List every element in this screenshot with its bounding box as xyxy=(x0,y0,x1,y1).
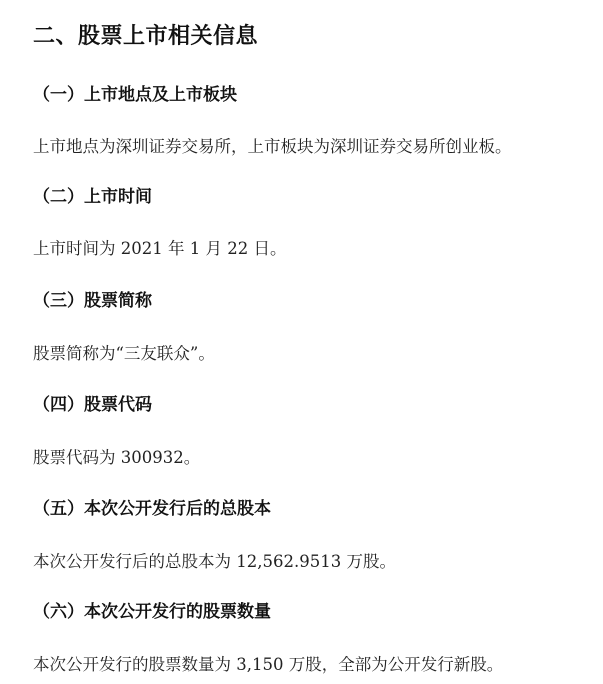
section-title: 二、股票上市相关信息 xyxy=(33,22,258,52)
subsection-heading-listing-date: （二）上市时间 xyxy=(33,185,152,209)
subsection-heading-stock-short-name: （三）股票简称 xyxy=(33,289,152,313)
subsection-heading-stock-code: （四）股票代码 xyxy=(33,393,152,417)
subsection-heading-total-share-capital: （五）本次公开发行后的总股本 xyxy=(33,497,271,521)
subsection-body-stock-code: 股票代码为 300932。 xyxy=(33,446,200,470)
subsection-heading-listing-venue: （一）上市地点及上市板块 xyxy=(33,83,237,107)
subsection-body-total-share-capital: 本次公开发行后的总股本为 12,562.9513 万股。 xyxy=(33,550,396,574)
subsection-body-listing-date: 上市时间为 2021 年 1 月 22 日。 xyxy=(33,237,286,261)
subsection-heading-shares-issued: （六）本次公开发行的股票数量 xyxy=(33,600,271,624)
subsection-body-shares-issued: 本次公开发行的股票数量为 3,150 万股，全部为公开发行新股。 xyxy=(33,653,503,677)
subsection-body-stock-short-name: 股票简称为“三友联众”。 xyxy=(33,342,215,366)
subsection-body-listing-venue: 上市地点为深圳证券交易所，上市板块为深圳证券交易所创业板。 xyxy=(33,135,512,159)
